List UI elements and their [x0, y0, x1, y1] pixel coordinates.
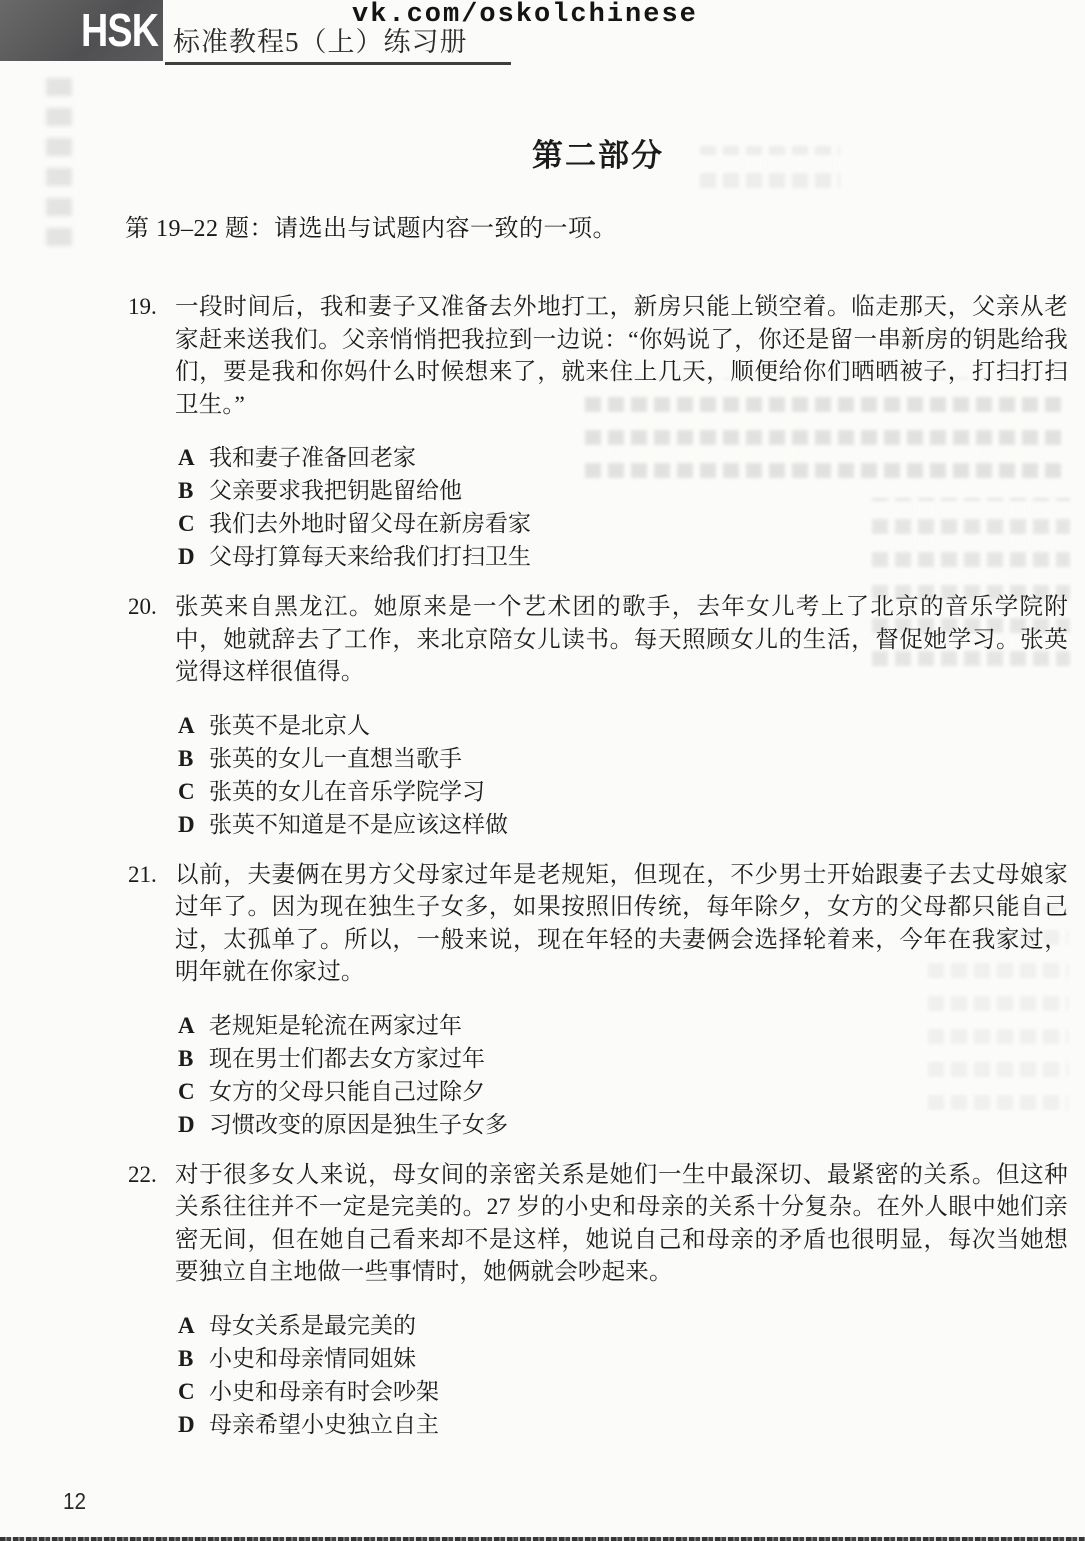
option-a: A老规矩是轮流在两家过年: [178, 1009, 1068, 1042]
question-passage-row: 20. 张英来自黑龙江。她原来是一个艺术团的歌手，去年女儿考上了北京的音乐学院附…: [128, 591, 1068, 689]
option-text: 父亲要求我把钥匙留给他: [209, 478, 462, 503]
question-19: 19. 一段时间后，我和妻子又准备去外地打工，新房只能上锁空着。临走那天，父亲从…: [128, 291, 1068, 573]
options-list: A母女关系是最完美的 B小史和母亲情同姐妹 C小史和母亲有时会吵架 D母亲希望小…: [128, 1309, 1068, 1441]
option-b: B小史和母亲情同姐妹: [178, 1342, 1068, 1375]
option-b: B父亲要求我把钥匙留给他: [178, 474, 1068, 507]
option-c: C我们去外地时留父母在新房看家: [178, 507, 1068, 540]
option-a: A张英不是北京人: [178, 709, 1068, 742]
option-a: A我和妻子准备回老家: [178, 441, 1068, 474]
question-passage-row: 22. 对于很多女人来说，母女间的亲密关系是她们一生中最深切、最紧密的关系。但这…: [128, 1159, 1068, 1289]
option-letter: D: [178, 1408, 209, 1441]
option-text: 张英不知道是不是应该这样做: [209, 812, 508, 837]
options-list: A老规矩是轮流在两家过年 B现在男士们都去女方家过年 C女方的父母只能自己过除夕…: [128, 1009, 1068, 1141]
options-list: A张英不是北京人 B张英的女儿一直想当歌手 C张英的女儿在音乐学院学习 D张英不…: [128, 709, 1068, 841]
scan-edge-artifact: [0, 1537, 1085, 1541]
option-letter: A: [178, 709, 209, 742]
question-21: 21. 以前，夫妻俩在男方父母家过年是老规矩，但现在，不少男士开始跟妻子去丈母娘…: [128, 859, 1068, 1141]
option-c: C小史和母亲有时会吵架: [178, 1375, 1068, 1408]
option-text: 张英的女儿在音乐学院学习: [209, 779, 485, 804]
option-text: 父母打算每天来给我们打扫卫生: [209, 544, 531, 569]
question-22: 22. 对于很多女人来说，母女间的亲密关系是她们一生中最深切、最紧密的关系。但这…: [128, 1159, 1068, 1441]
option-letter: C: [178, 775, 209, 808]
option-letter: B: [178, 474, 209, 507]
question-number: 22.: [128, 1159, 175, 1192]
question-20: 20. 张英来自黑龙江。她原来是一个艺术团的歌手，去年女儿考上了北京的音乐学院附…: [128, 591, 1068, 841]
option-d: D习惯改变的原因是独生子女多: [178, 1108, 1068, 1141]
reading-section: 第二部分 第 19–22 题：请选出与试题内容一致的一项。 19. 一段时间后，…: [128, 138, 1068, 1441]
option-c: C张英的女儿在音乐学院学习: [178, 775, 1068, 808]
option-letter: C: [178, 1375, 209, 1408]
option-text: 张英的女儿一直想当歌手: [209, 746, 462, 771]
option-letter: A: [178, 441, 209, 474]
option-letter: C: [178, 507, 209, 540]
bleedthrough-vertical-text: [46, 78, 72, 246]
option-b: B现在男士们都去女方家过年: [178, 1042, 1068, 1075]
header-rule: [165, 62, 511, 65]
option-text: 老规矩是轮流在两家过年: [209, 1013, 462, 1038]
option-text: 张英不是北京人: [209, 713, 370, 738]
option-text: 母亲希望小史独立自主: [209, 1412, 439, 1437]
option-text: 我们去外地时留父母在新房看家: [209, 511, 531, 536]
option-d: D母亲希望小史独立自主: [178, 1408, 1068, 1441]
option-letter: D: [178, 540, 209, 573]
option-letter: A: [178, 1009, 209, 1042]
option-d: D父母打算每天来给我们打扫卫生: [178, 540, 1068, 573]
section-instruction: 第 19–22 题：请选出与试题内容一致的一项。: [125, 214, 1068, 244]
question-text: 对于很多女人来说，母女间的亲密关系是她们一生中最深切、最紧密的关系。但这种关系往…: [175, 1159, 1068, 1289]
option-letter: A: [178, 1309, 209, 1342]
option-text: 现在男士们都去女方家过年: [209, 1046, 485, 1071]
option-letter: B: [178, 742, 209, 775]
scanned-workbook-page: HSK vk.com/oskolchinese 标准教程5（上）练习册 第二部分…: [0, 0, 1085, 1541]
option-text: 我和妻子准备回老家: [209, 445, 416, 470]
option-letter: B: [178, 1042, 209, 1075]
question-number: 21.: [128, 859, 175, 892]
question-number: 20.: [128, 591, 175, 624]
option-text: 小史和母亲情同姐妹: [209, 1346, 416, 1371]
hsk-logo-text: HSK: [81, 6, 158, 54]
option-letter: D: [178, 808, 209, 841]
question-number: 19.: [128, 291, 175, 324]
question-passage-row: 19. 一段时间后，我和妻子又准备去外地打工，新房只能上锁空着。临走那天，父亲从…: [128, 291, 1068, 421]
book-title: 标准教程5（上）练习册: [173, 26, 468, 58]
question-text: 一段时间后，我和妻子又准备去外地打工，新房只能上锁空着。临走那天，父亲从老家赶来…: [175, 291, 1068, 421]
section-title: 第二部分: [128, 138, 1068, 174]
option-d: D张英不知道是不是应该这样做: [178, 808, 1068, 841]
option-b: B张英的女儿一直想当歌手: [178, 742, 1068, 775]
option-letter: B: [178, 1342, 209, 1375]
option-letter: C: [178, 1075, 209, 1108]
option-a: A母女关系是最完美的: [178, 1309, 1068, 1342]
question-text: 以前，夫妻俩在男方父母家过年是老规矩，但现在，不少男士开始跟妻子去丈母娘家过年了…: [175, 859, 1068, 989]
option-text: 小史和母亲有时会吵架: [209, 1379, 439, 1404]
option-letter: D: [178, 1108, 209, 1141]
options-list: A我和妻子准备回老家 B父亲要求我把钥匙留给他 C我们去外地时留父母在新房看家 …: [128, 441, 1068, 573]
option-text: 母女关系是最完美的: [209, 1313, 416, 1338]
option-text: 习惯改变的原因是独生子女多: [209, 1112, 508, 1137]
option-c: C女方的父母只能自己过除夕: [178, 1075, 1068, 1108]
hsk-logo: HSK: [0, 0, 163, 61]
option-text: 女方的父母只能自己过除夕: [209, 1079, 485, 1104]
question-passage-row: 21. 以前，夫妻俩在男方父母家过年是老规矩，但现在，不少男士开始跟妻子去丈母娘…: [128, 859, 1068, 989]
question-text: 张英来自黑龙江。她原来是一个艺术团的歌手，去年女儿考上了北京的音乐学院附中，她就…: [175, 591, 1068, 689]
page-number: 12: [63, 1488, 86, 1515]
